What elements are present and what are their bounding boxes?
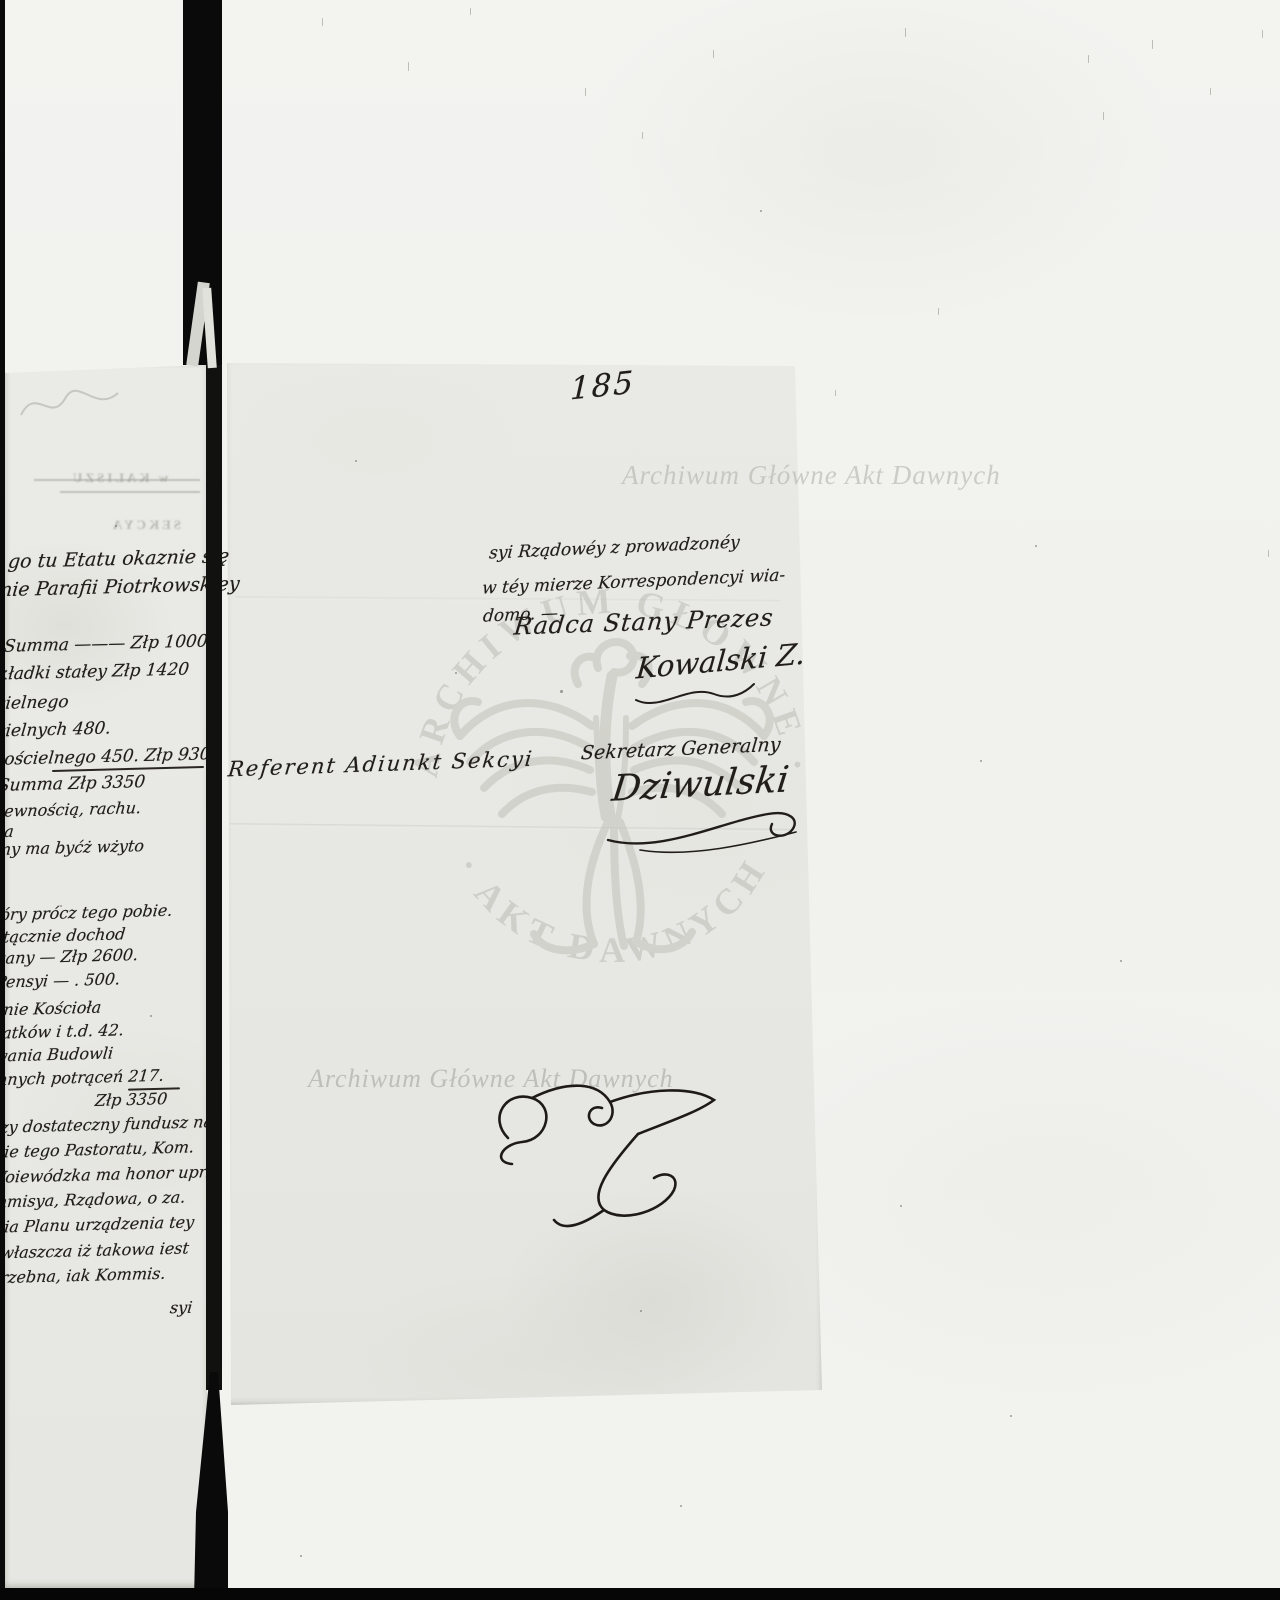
archival-scan: w KALISZU SEKCYA Archiwum Główne Akt Daw… — [0, 0, 1280, 1600]
dust-speck — [355, 460, 357, 462]
dust-speck — [640, 1310, 642, 1312]
dust-speck — [980, 760, 982, 762]
dust-speck — [1035, 545, 1037, 547]
film-scratch-mark — [585, 88, 586, 96]
film-scratch-mark — [835, 390, 836, 396]
dust-speck — [1120, 960, 1122, 962]
left-page: w KALISZU SEKCYA — [4, 365, 207, 1588]
dust-speck — [300, 1555, 302, 1557]
film-scratch-mark — [1262, 30, 1263, 38]
film-scratch-mark — [938, 308, 939, 315]
dust-speck — [680, 1505, 682, 1507]
dust-speck — [560, 690, 563, 693]
dust-speck — [760, 210, 762, 212]
dust-speck — [60, 905, 62, 907]
bleedthrough-stamp-text: SEKCYA — [110, 517, 181, 533]
main-page — [225, 360, 825, 1408]
dust-speck — [900, 1205, 902, 1207]
film-scratch-mark — [1103, 112, 1104, 120]
film-scratch-mark — [408, 62, 409, 71]
dust-speck — [115, 525, 117, 527]
film-scratch-mark — [1088, 55, 1089, 63]
film-edge-left — [0, 0, 5, 1600]
film-scratch-mark — [713, 50, 714, 58]
bleedthrough-rule — [60, 491, 200, 493]
page-gutter-shadow — [206, 365, 222, 1390]
film-scratch-mark — [642, 132, 643, 139]
film-scratch-mark — [322, 18, 323, 26]
film-scratch-mark — [1268, 550, 1269, 557]
bleedthrough-rule — [34, 479, 200, 481]
dust-speck — [1010, 1415, 1012, 1417]
film-scratch-mark — [470, 8, 471, 15]
film-scratch-mark — [905, 28, 906, 37]
dust-speck — [455, 672, 457, 674]
dust-speck — [150, 1015, 152, 1017]
film-scratch-mark — [1210, 88, 1211, 95]
film-edge-bottom — [0, 1588, 1280, 1600]
film-scratch-mark — [1152, 40, 1153, 49]
bleedthrough-stamp-text: w KALISZU — [70, 470, 168, 486]
faint-pencil-scribble — [16, 375, 126, 435]
